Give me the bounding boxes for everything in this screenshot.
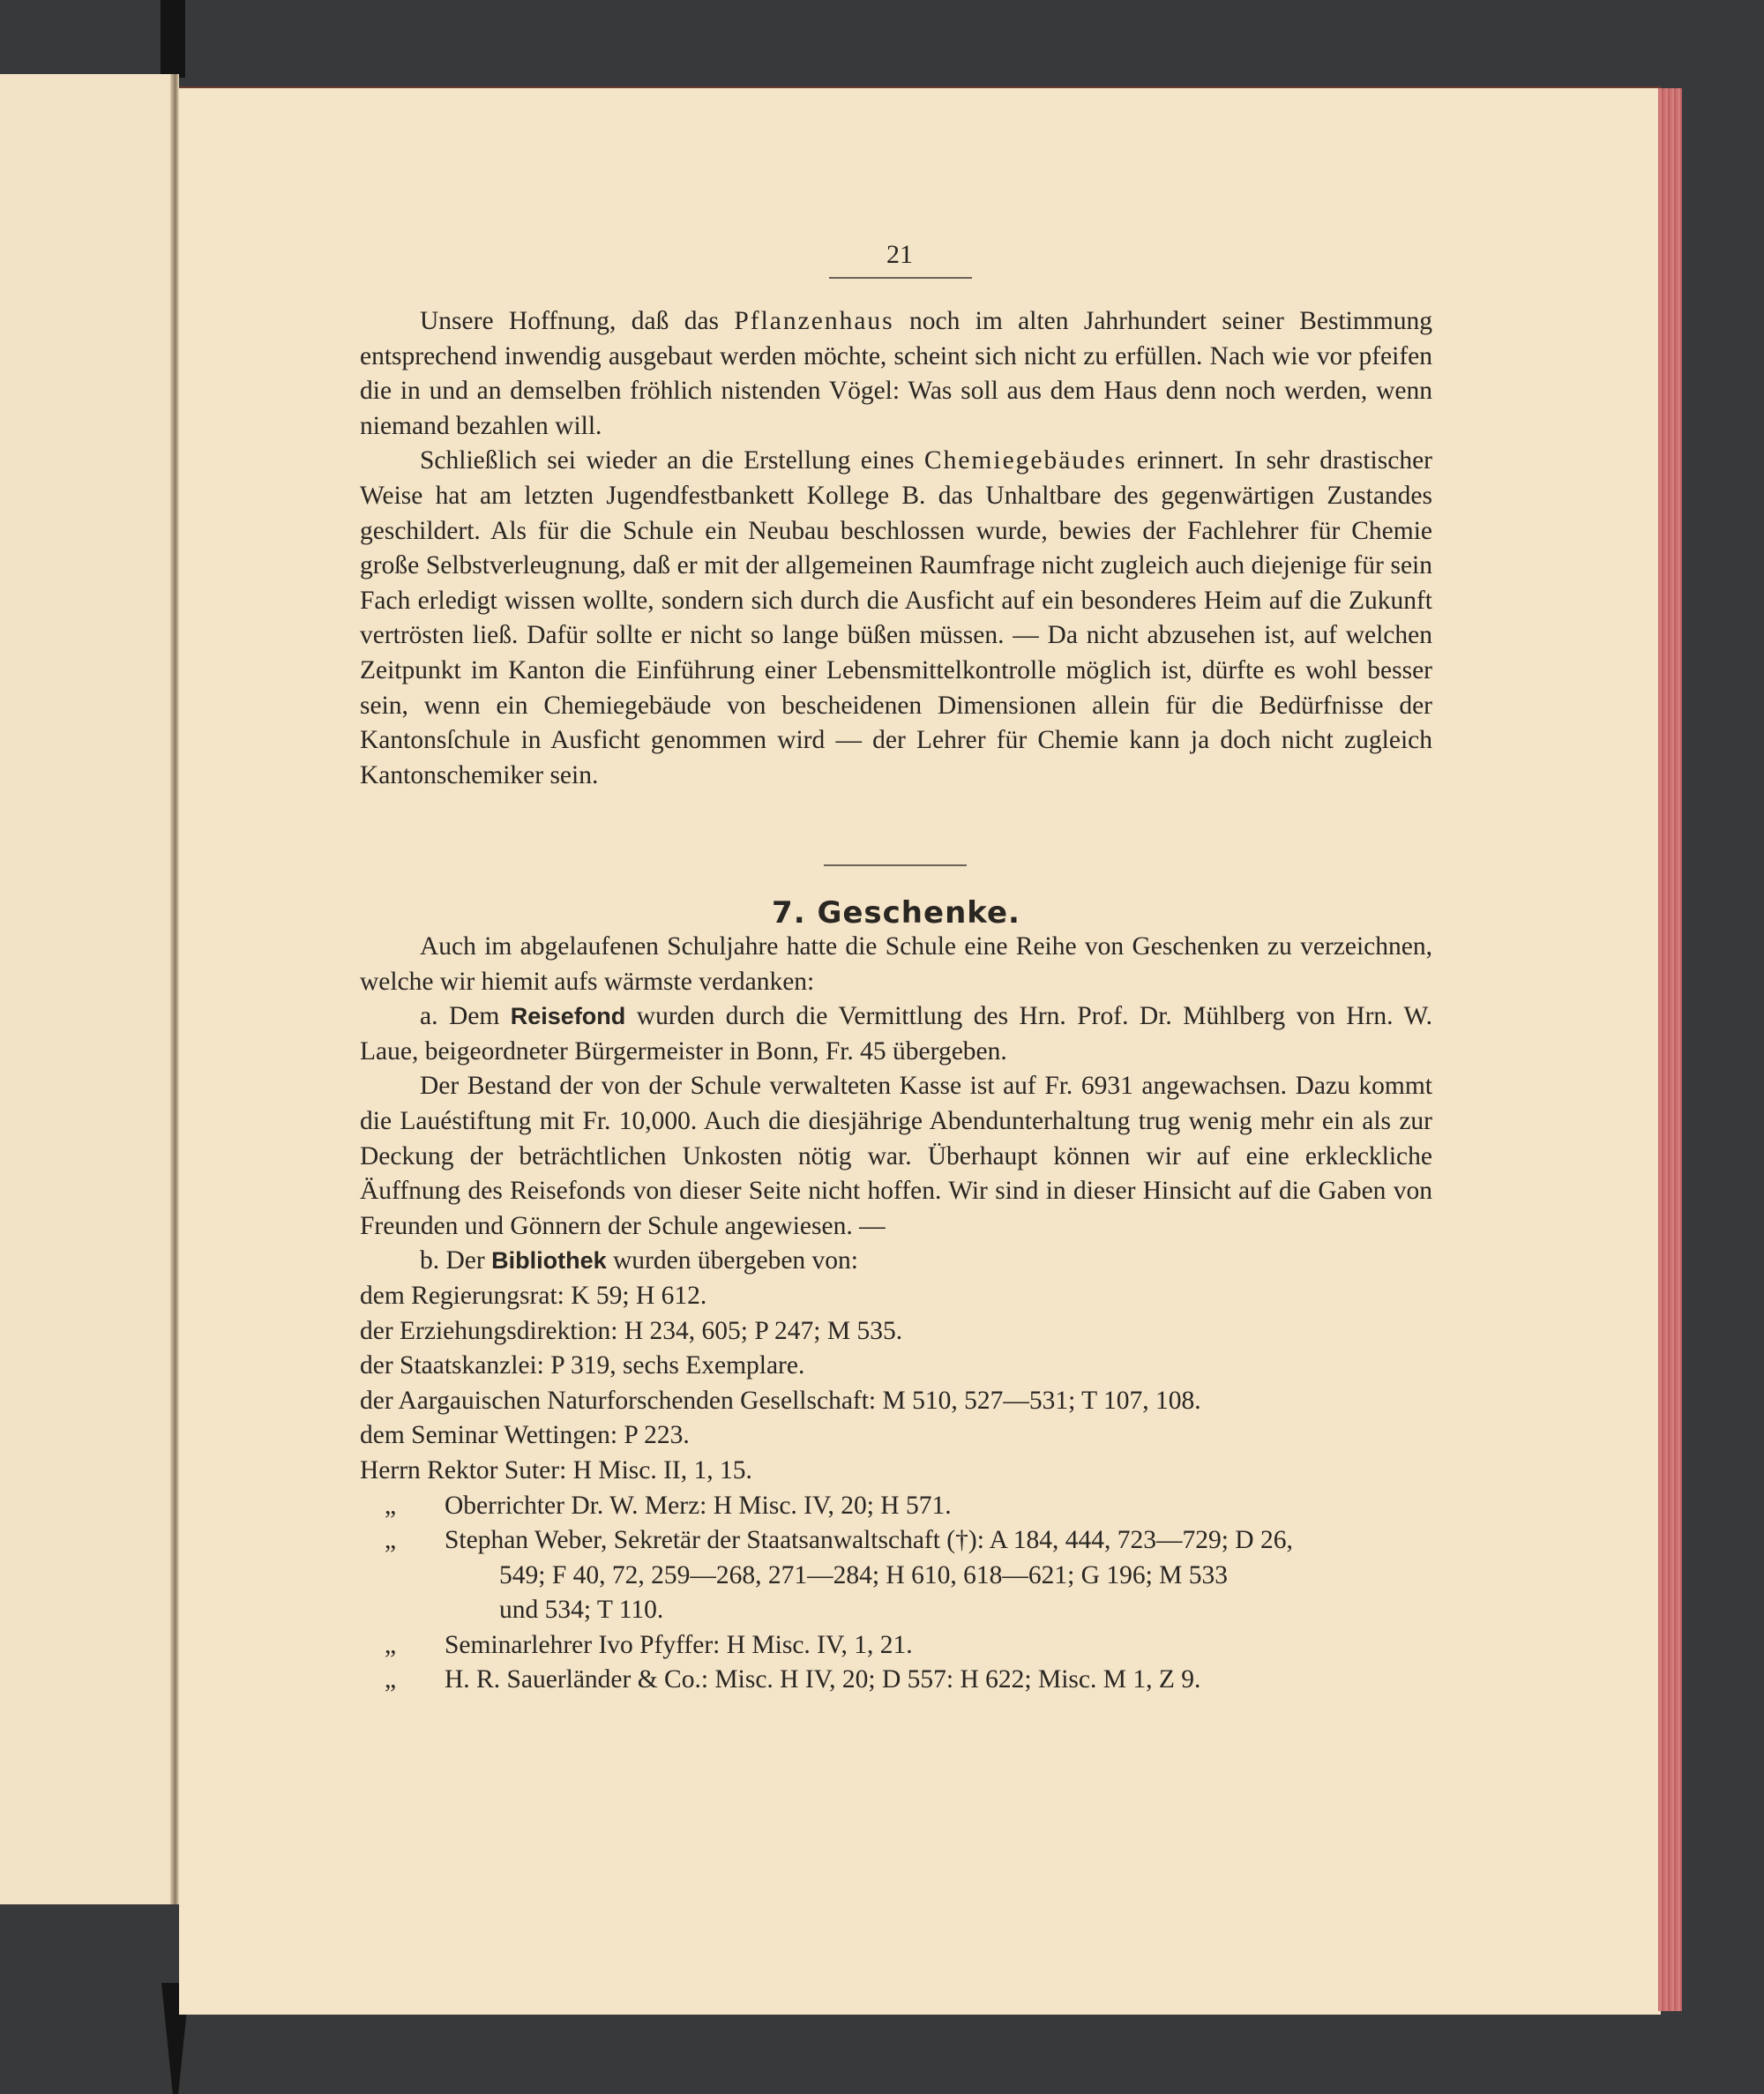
donor-entry-continuation: und 534; T 110. — [360, 1593, 1432, 1628]
donor-list: dem Regierungsrat: K 59; H 612. der Erzi… — [360, 1279, 1432, 1698]
ditto-mark: „ — [385, 1489, 445, 1524]
left-page-edge — [0, 74, 176, 1904]
red-page-edge — [1658, 88, 1682, 2011]
paragraph-pflanzenhaus: Unsere Hoffnung, daß das Pflanzenhaus no… — [360, 304, 1432, 444]
donor-entry: Herrn Rektor Suter: H Misc. II, 1, 15. — [360, 1454, 1432, 1489]
spaced-emphasis: Chemiegebäudes — [924, 446, 1127, 475]
ditto-mark: „ — [385, 1523, 445, 1559]
section-heading: 7. Geschenke. — [360, 895, 1432, 931]
donor-entry: „Stephan Weber, Sekretär der Staatsanwal… — [360, 1523, 1432, 1559]
item-a-reisefond: a. Dem Reisefond wurden durch die Vermit… — [360, 999, 1432, 1069]
donor-entry: der Erziehungsdirektion: H 234, 605; P 2… — [360, 1314, 1432, 1350]
page-number-rule — [829, 277, 972, 279]
donor-entry: der Aargauischen Naturforschenden Gesell… — [360, 1384, 1432, 1419]
bold-term: Bibliothek — [491, 1247, 607, 1274]
section-divider — [824, 864, 967, 866]
gutter — [170, 74, 179, 1904]
spaced-emphasis: Pflanzenhaus — [734, 307, 893, 335]
paragraph-chemiegebaeude: Schließlich sei wieder an die Erstellung… — [360, 444, 1432, 793]
donor-entry: der Staatskanzlei: P 319, sechs Exemplar… — [360, 1349, 1432, 1384]
donor-entry: „Oberrichter Dr. W. Merz: H Misc. IV, 20… — [360, 1489, 1432, 1524]
donor-entry: „Seminarlehrer Ivo Pfyffer: H Misc. IV, … — [360, 1628, 1432, 1664]
ditto-mark: „ — [385, 1628, 445, 1664]
geschenke-section: Auch im abgelaufenen Schuljahre hatte di… — [360, 930, 1432, 1698]
bold-term: Reisefond — [511, 1003, 626, 1029]
book-spine-top — [161, 0, 185, 78]
donor-entry: „H. R. Sauerländer & Co.: Misc. H IV, 20… — [360, 1663, 1432, 1698]
reisefond-paragraph: Der Bestand der von der Schule verwaltet… — [360, 1069, 1432, 1244]
page-number: 21 — [829, 240, 970, 270]
donor-entry-continuation: 549; F 40, 72, 259—268, 271—284; H 610, … — [360, 1559, 1432, 1594]
ditto-mark: „ — [385, 1663, 445, 1698]
item-b-bibliothek: b. Der Bibliothek wurden übergeben von: — [360, 1244, 1432, 1279]
intro-paragraphs: Unsere Hoffnung, daß das Pflanzenhaus no… — [360, 304, 1432, 793]
donor-entry: dem Regierungsrat: K 59; H 612. — [360, 1279, 1432, 1314]
section-intro: Auch im abgelaufenen Schuljahre hatte di… — [360, 930, 1432, 999]
donor-entry: dem Seminar Wettingen: P 223. — [360, 1418, 1432, 1454]
